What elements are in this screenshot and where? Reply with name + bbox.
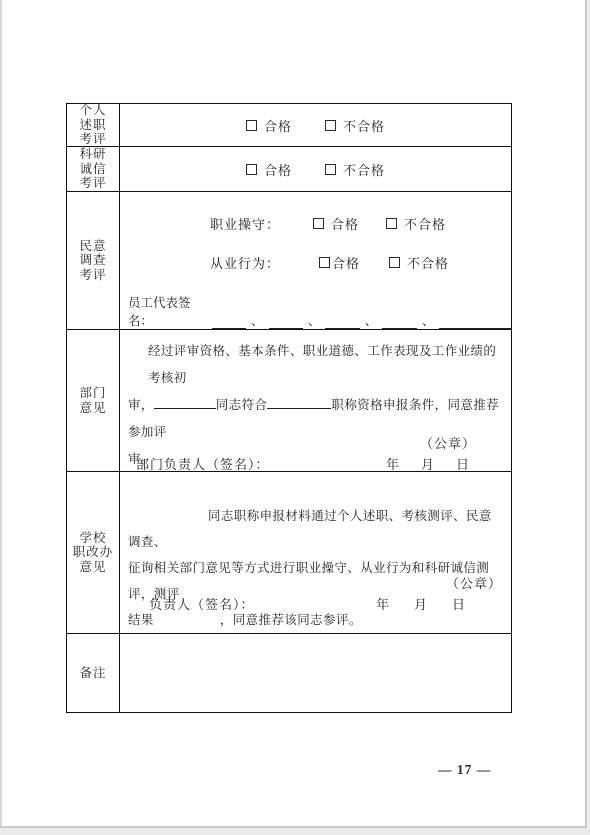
checkbox-icon[interactable] (313, 218, 324, 229)
row-label-personal: 个人 述职 考评 (67, 104, 120, 146)
row-label-line: 意见 (79, 401, 106, 416)
department-signer-label: 部门负责人（签名）： (136, 454, 270, 473)
row-label-school-office: 学校 职改办 意见 (67, 472, 120, 633)
office-signer-label: 负责人（签名）： (149, 594, 255, 613)
checkbox-icon[interactable] (325, 164, 336, 175)
text-segment: 同志职称申报材料通过个人述职、考核测评、民意调查、 (128, 509, 492, 549)
row-label-line: 诚信 (79, 162, 106, 177)
ethics-pass-option[interactable]: 合格 (313, 214, 359, 233)
row-label-line: 调查 (79, 253, 106, 268)
option-label: 不合格 (343, 116, 385, 135)
option-label: 合格 (332, 253, 360, 272)
option-label: 合格 (264, 116, 292, 135)
row-label-line: 考评 (79, 268, 106, 283)
row-label-line: 学校 (79, 531, 106, 546)
row-survey-review: 民意 调查 考评 职业操守： 合格 不合格 从业行为： 合格 (67, 192, 511, 330)
option-label: 不合格 (407, 253, 449, 272)
row-department-opinion: 部门 意见 经过评审资格、基本条件、职业道德、工作表现及工作业绩的考核初 审，同… (67, 330, 511, 472)
option-label: 合格 (264, 160, 292, 179)
row-label-line: 科研 (79, 147, 106, 162)
signature-blank[interactable] (439, 316, 511, 329)
option-label: 不合格 (404, 214, 446, 233)
row-label-department: 部门 意见 (67, 330, 120, 471)
conduct-label: 从业行为： (210, 253, 280, 272)
row-label-line: 部门 (79, 386, 106, 401)
row-remarks: 备注 (67, 634, 511, 712)
conduct-pass-option[interactable]: 合格 (319, 253, 360, 272)
row-personal-review: 个人 述职 考评 合格 不合格 (67, 104, 511, 147)
text-segment: 结果 (128, 613, 154, 627)
checkbox-icon[interactable] (325, 120, 336, 131)
text-segment: ，同意推荐该同志参评。 (220, 613, 362, 627)
option-label: 不合格 (343, 160, 385, 179)
page-number: — 17 — (438, 762, 491, 778)
ethics-label: 职业操守： (210, 214, 280, 233)
official-seal-label: （公章） (446, 573, 502, 592)
checkbox-icon[interactable] (319, 257, 330, 268)
option-label: 合格 (331, 214, 359, 233)
row-school-office-opinion: 学校 职改办 意见 同志职称申报材料通过个人述职、考核测评、民意调查、 征询相关… (67, 472, 511, 634)
separator: 、 (422, 311, 435, 329)
ethics-fail-option[interactable]: 不合格 (386, 214, 446, 233)
row-label-integrity: 科研 诚信 考评 (67, 147, 120, 191)
personal-fail-option[interactable]: 不合格 (325, 116, 385, 135)
integrity-fail-option[interactable]: 不合格 (325, 160, 385, 179)
signature-blank[interactable] (325, 316, 359, 329)
personal-pass-option[interactable]: 合格 (246, 116, 292, 135)
signature-blank[interactable] (269, 316, 303, 329)
separator: 、 (365, 311, 378, 329)
checkbox-icon[interactable] (386, 218, 397, 229)
signature-blank[interactable] (212, 316, 246, 329)
text-segment: 审， (128, 398, 154, 412)
paragraph-line: 同志职称申报材料通过个人述职、考核测评、民意调查、 (128, 503, 503, 555)
checkbox-icon[interactable] (246, 164, 257, 175)
evaluation-form-table: 个人 述职 考评 合格 不合格 科研 诚信 考评 (66, 103, 512, 713)
remarks-empty-cell[interactable] (120, 634, 511, 712)
row-label-survey: 民意 调查 考评 (67, 192, 120, 329)
separator: 、 (251, 311, 264, 329)
name-blank[interactable] (154, 397, 216, 409)
signature-blank[interactable] (382, 316, 416, 329)
representative-signature-label: 员工代表签名： (128, 293, 212, 329)
row-label-remarks: 备注 (67, 634, 120, 712)
row-label-line: 个人 (79, 103, 106, 118)
page-margin-bottom (0, 828, 590, 835)
row-label-line: 考评 (79, 176, 106, 191)
page-edge-left (0, 0, 2, 828)
conduct-fail-option[interactable]: 不合格 (389, 253, 449, 272)
row-label-line: 考评 (79, 132, 106, 147)
row-label-line: 民意 (79, 239, 106, 254)
date-day-label: 日 (452, 594, 465, 613)
row-label-line: 备注 (79, 666, 106, 681)
date-month-label: 月 (421, 454, 434, 473)
row-integrity-review: 科研 诚信 考评 合格 不合格 (67, 147, 511, 192)
checkbox-icon[interactable] (246, 120, 257, 131)
title-blank[interactable] (267, 397, 331, 409)
checkbox-icon[interactable] (389, 257, 400, 268)
date-month-label: 月 (414, 594, 427, 613)
official-seal-label: （公章） (420, 433, 476, 452)
date-day-label: 日 (456, 454, 469, 473)
date-line: 年 月 日 (376, 594, 465, 613)
row-label-line: 述职 (79, 118, 106, 133)
date-line: 年 月 日 (386, 454, 469, 473)
separator: 、 (308, 311, 321, 329)
row-label-line: 意见 (79, 560, 106, 575)
text-segment: 同志符合 (216, 398, 268, 412)
date-year-label: 年 (376, 594, 389, 613)
paragraph-line: 经过评审资格、基本条件、职业道德、工作表现及工作业绩的考核初 (128, 338, 503, 392)
integrity-pass-option[interactable]: 合格 (246, 160, 292, 179)
date-year-label: 年 (386, 454, 399, 473)
row-label-line: 职改办 (73, 545, 114, 560)
